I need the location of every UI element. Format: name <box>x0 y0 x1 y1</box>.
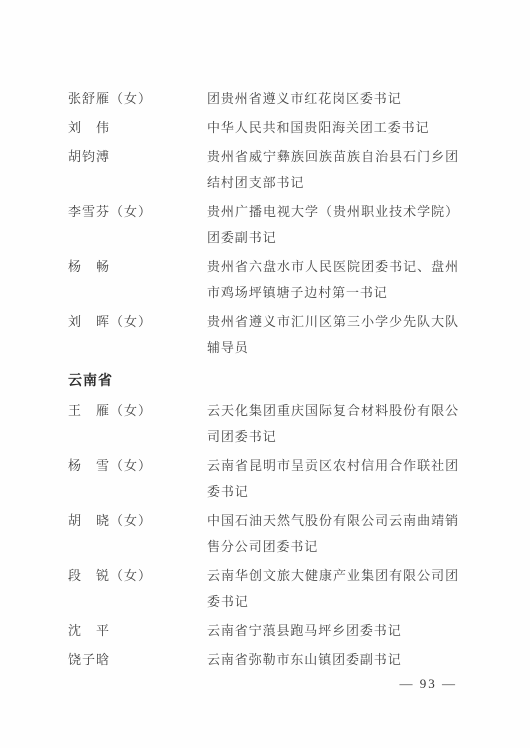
honoree-title: 团贵州省遵义市红花岗区委书记 <box>207 86 459 112</box>
honoree-row: 张舒雁（女） 团贵州省遵义市红花岗区委书记 <box>68 86 459 112</box>
honoree-title: 中国石油天然气股份有限公司云南曲靖销售分公司团委书记 <box>207 508 459 560</box>
honoree-title: 云南省宁蒗县跑马坪乡团委书记 <box>207 618 459 644</box>
honoree-name: 张舒雁（女） <box>68 86 207 112</box>
honoree-row: 饶子晗 云南省弥勒市东山镇团委副书记 <box>68 647 459 673</box>
honoree-title: 云天化集团重庆国际复合材料股份有限公司团委书记 <box>207 398 459 450</box>
honoree-name: 杨 畅 <box>68 254 207 280</box>
honoree-name: 李雪芬（女） <box>68 199 207 225</box>
document-page: 张舒雁（女） 团贵州省遵义市红花岗区委书记 刘 伟 中华人民共和国贵阳海关团工委… <box>0 0 530 748</box>
section-header-yunnan: 云南省 <box>68 369 459 395</box>
honoree-row: 王 雁（女） 云天化集团重庆国际复合材料股份有限公司团委书记 <box>68 398 459 450</box>
honoree-title: 中华人民共和国贵阳海关团工委书记 <box>207 115 459 141</box>
honoree-name: 王 雁（女） <box>68 398 207 424</box>
honoree-row: 胡钧溥 贵州省威宁彝族回族苗族自治县石门乡团结村团支部书记 <box>68 144 459 196</box>
honoree-title: 贵州省六盘水市人民医院团委书记、盘州市鸡场坪镇塘子边村第一书记 <box>207 254 459 306</box>
honoree-name: 段 锐（女） <box>68 563 207 589</box>
honoree-title: 贵州广播电视大学（贵州职业技术学院）团委副书记 <box>207 199 459 251</box>
page-number: — 93 — <box>68 676 459 692</box>
honoree-name: 胡 晓（女） <box>68 508 207 534</box>
honoree-title: 云南华创文旅大健康产业集团有限公司团委书记 <box>207 563 459 615</box>
honoree-row: 段 锐（女） 云南华创文旅大健康产业集团有限公司团委书记 <box>68 563 459 615</box>
page-content: 张舒雁（女） 团贵州省遵义市红花岗区委书记 刘 伟 中华人民共和国贵阳海关团工委… <box>68 86 459 692</box>
honoree-row: 胡 晓（女） 中国石油天然气股份有限公司云南曲靖销售分公司团委书记 <box>68 508 459 560</box>
honoree-row: 刘 晖（女） 贵州省遵义市汇川区第三小学少先队大队辅导员 <box>68 309 459 361</box>
honoree-row: 杨 畅 贵州省六盘水市人民医院团委书记、盘州市鸡场坪镇塘子边村第一书记 <box>68 254 459 306</box>
honoree-name: 饶子晗 <box>68 647 207 673</box>
honoree-name: 杨 雪（女） <box>68 453 207 479</box>
honoree-title: 云南省昆明市呈贡区农村信用合作联社团委书记 <box>207 453 459 505</box>
honoree-row: 李雪芬（女） 贵州广播电视大学（贵州职业技术学院）团委副书记 <box>68 199 459 251</box>
honoree-row: 刘 伟 中华人民共和国贵阳海关团工委书记 <box>68 115 459 141</box>
honoree-title: 云南省弥勒市东山镇团委副书记 <box>207 647 459 673</box>
honoree-name: 胡钧溥 <box>68 144 207 170</box>
honoree-row: 杨 雪（女） 云南省昆明市呈贡区农村信用合作联社团委书记 <box>68 453 459 505</box>
honoree-name: 沈 平 <box>68 618 207 644</box>
honoree-title: 贵州省威宁彝族回族苗族自治县石门乡团结村团支部书记 <box>207 144 459 196</box>
honoree-row: 沈 平 云南省宁蒗县跑马坪乡团委书记 <box>68 618 459 644</box>
honoree-name: 刘 晖（女） <box>68 309 207 335</box>
honoree-title: 贵州省遵义市汇川区第三小学少先队大队辅导员 <box>207 309 459 361</box>
honoree-name: 刘 伟 <box>68 115 207 141</box>
